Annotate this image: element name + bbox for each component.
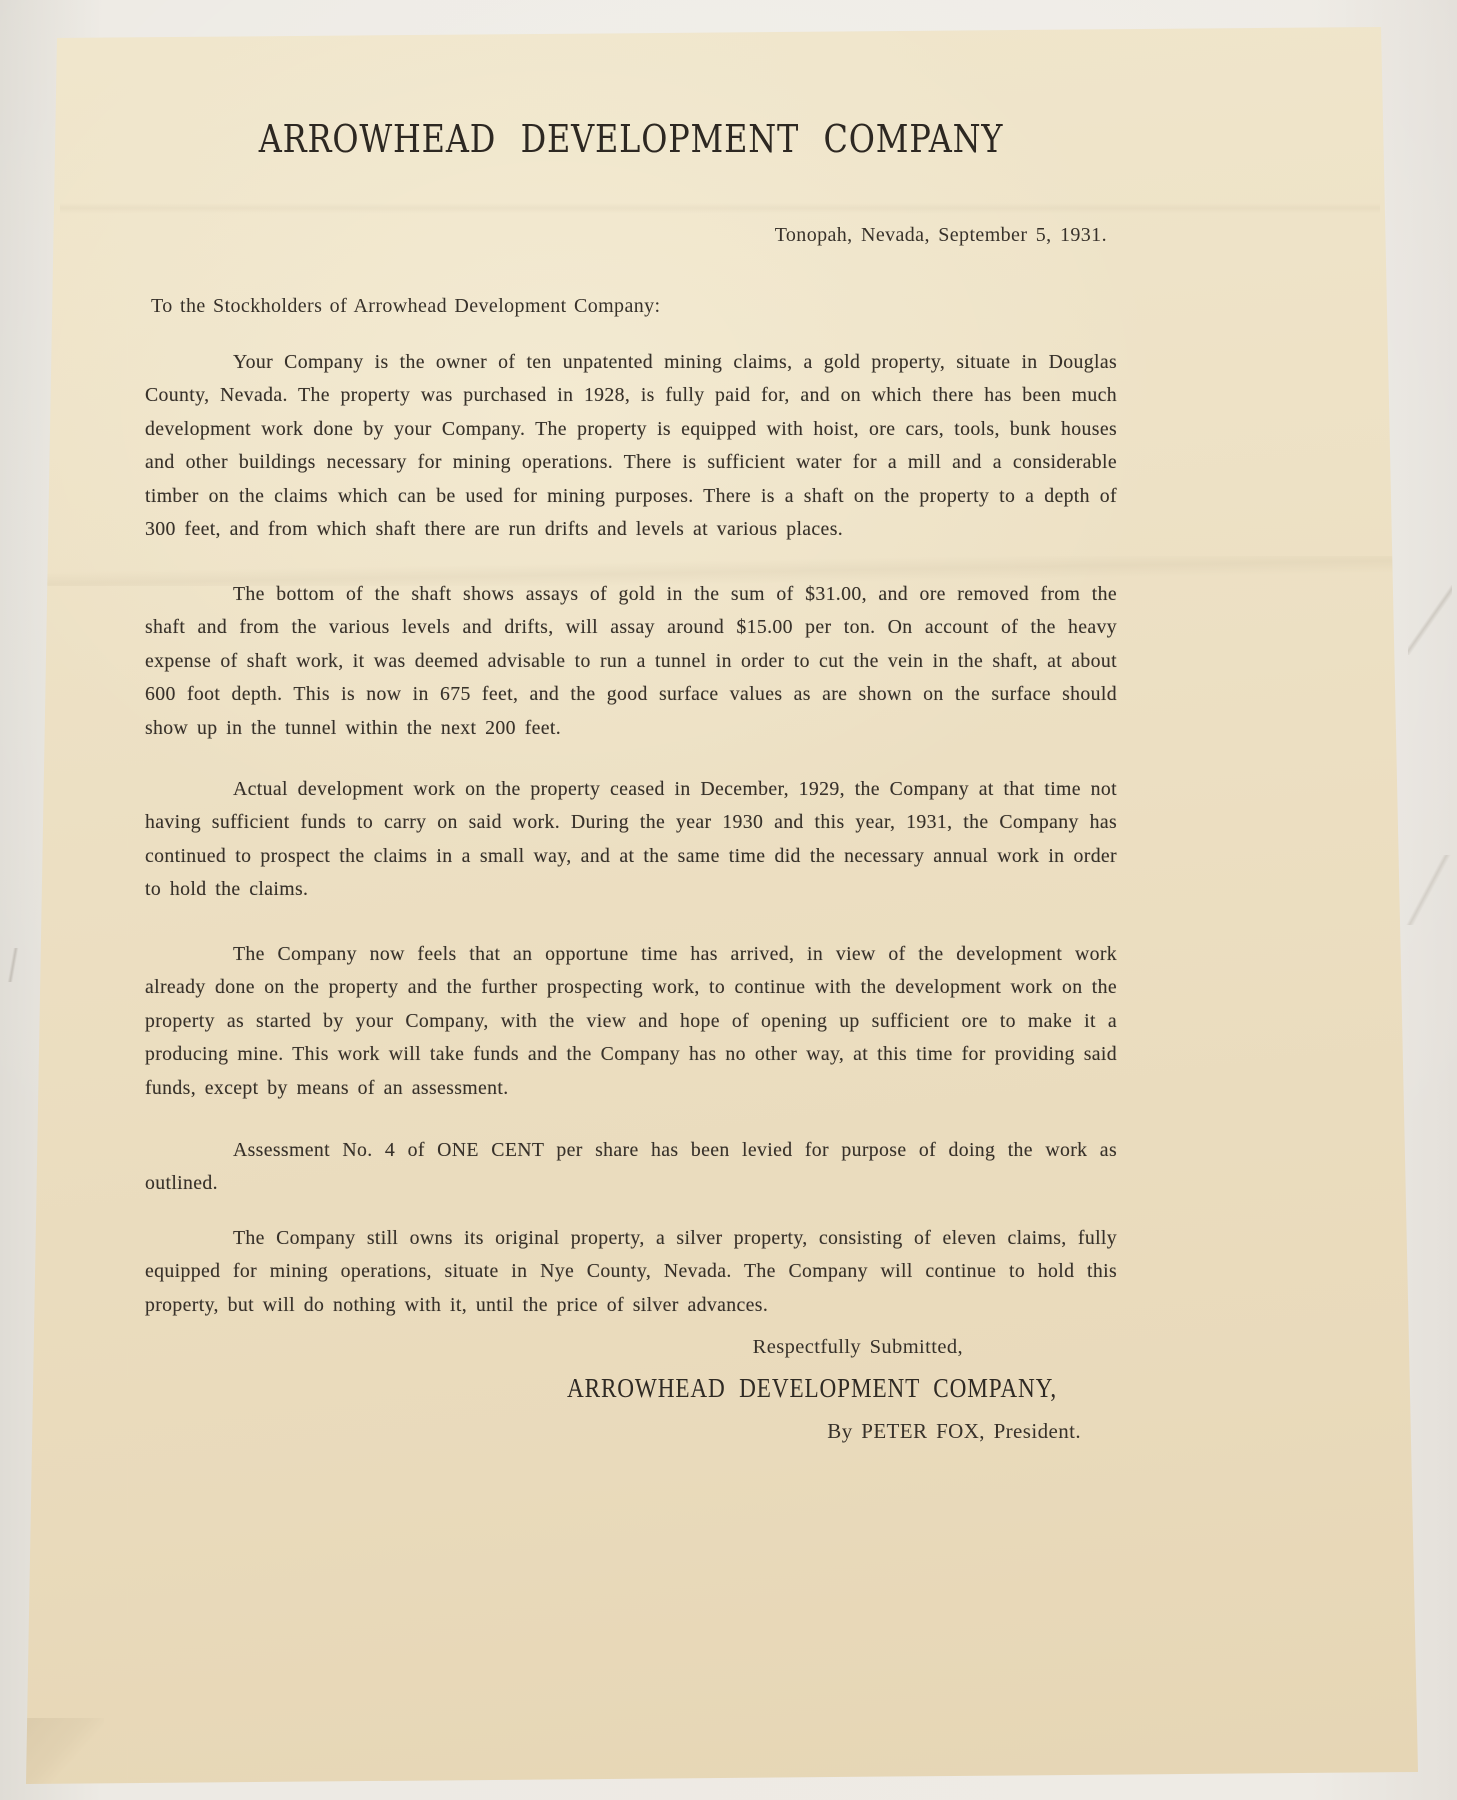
paragraph-5: Assessment No. 4 of ONE CENT per share h… [145,1134,1117,1201]
closing-company-line: ARROWHEAD DEVELOPMENT COMPANY, [273,1371,1057,1405]
closing-respectfully-line: Respectfully Submitted, [145,1332,963,1362]
paper-corner-fold [26,1718,104,1784]
dateline: Tonopah, Nevada, September 5, 1931. [145,220,1107,250]
paper-crease [60,195,1380,221]
paragraph-3: Actual development work on the property … [145,773,1117,907]
salutation: To the Stockholders of Arrowhead Develop… [151,291,1051,321]
backdrop-crease [1402,855,1454,925]
letter-paper-sheet: ARROWHEAD DEVELOPMENT COMPANY Tonopah, N… [0,0,1457,1800]
paragraph-4: The Company now feels that an opportune … [145,938,1117,1105]
closing-signature-line: By PETER FOX, President. [145,1416,1081,1447]
document-title: ARROWHEAD DEVELOPMENT COMPANY [223,116,1039,162]
backdrop-crease [1408,585,1452,655]
backdrop-scratch [0,948,26,982]
paragraph-2: The bottom of the shaft shows assays of … [145,578,1117,745]
paragraph-1: Your Company is the owner of ten unpaten… [145,346,1117,546]
paragraph-6: The Company still owns its original prop… [145,1222,1117,1322]
